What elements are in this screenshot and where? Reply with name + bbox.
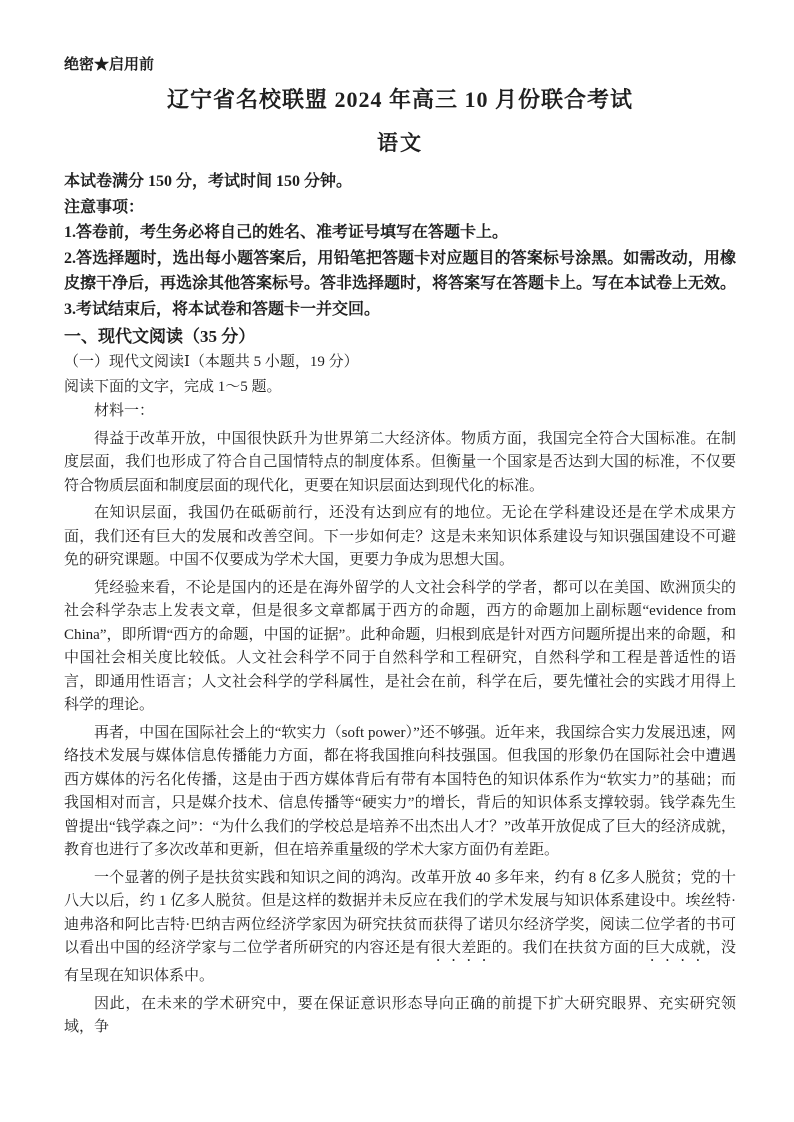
material-paragraph-2: 在知识层面，我国仍在砥砺前行，还没有达到应有的地位。无论在学科建设还是在学术成果…: [64, 502, 736, 573]
secrecy-label: 绝密★启用前: [64, 55, 736, 75]
section-heading: 一、现代文阅读（35 分）: [64, 324, 736, 350]
exam-title: 辽宁省名校联盟 2024 年高三 10 月份联合考试: [64, 85, 736, 115]
subsection-heading: （一）现代文阅读Ⅰ（本题共 5 小题，19 分）: [64, 350, 736, 375]
note-item-1: 1.答卷前，考生务必将自己的姓名、准考证号填写在答题卡上。: [64, 220, 736, 246]
note-item-3: 3.考试结束后，将本试卷和答题卡一并交回。: [64, 297, 736, 323]
emphasis-text-1: 很大差距: [431, 940, 492, 956]
note-item-2: 2.答选择题时，选出每小题答案后，用铅笔把答题卡对应题目的答案标号涂黑。如需改动…: [64, 246, 736, 297]
reading-instruction: 阅读下面的文字，完成 1～5 题。: [64, 375, 736, 400]
material-body: 材料一： 得益于改革开放，中国很快跃升为世界第二大经济体。物质方面，我国完全符合…: [64, 400, 736, 1040]
material-paragraph-6: 因此，在未来的学术研究中，要在保证意识形态导向正确的前提下扩大研究眼界、充实研究…: [64, 993, 736, 1040]
subject-title: 语文: [64, 129, 736, 157]
material-paragraph-3: 凭经验来看，不论是国内的还是在海外留学的人文社会科学的学者，都可以在美国、欧洲顶…: [64, 577, 736, 718]
exam-info: 本试卷满分 150 分，考试时间 150 分钟。: [64, 169, 736, 195]
notes-heading: 注意事项：: [64, 195, 736, 221]
material-paragraph-5: 一个显著的例子是扶贫实践和知识之间的鸿沟。改革开放 40 多年来，约有 8 亿多…: [64, 867, 736, 989]
material-paragraph-4: 再者，中国在国际社会上的“软实力（soft power）”还不够强。近年来，我国…: [64, 722, 736, 863]
exam-paper-page: 绝密★启用前 辽宁省名校联盟 2024 年高三 10 月份联合考试 语文 本试卷…: [0, 0, 794, 1122]
material-label: 材料一：: [64, 400, 736, 424]
paragraph5-text: 的。我们在扶贫方面的: [492, 940, 645, 956]
emphasis-text-2: 巨大成就: [645, 940, 706, 956]
material-paragraph-1: 得益于改革开放，中国很快跃升为世界第二大经济体。物质方面，我国完全符合大国标准。…: [64, 428, 736, 499]
